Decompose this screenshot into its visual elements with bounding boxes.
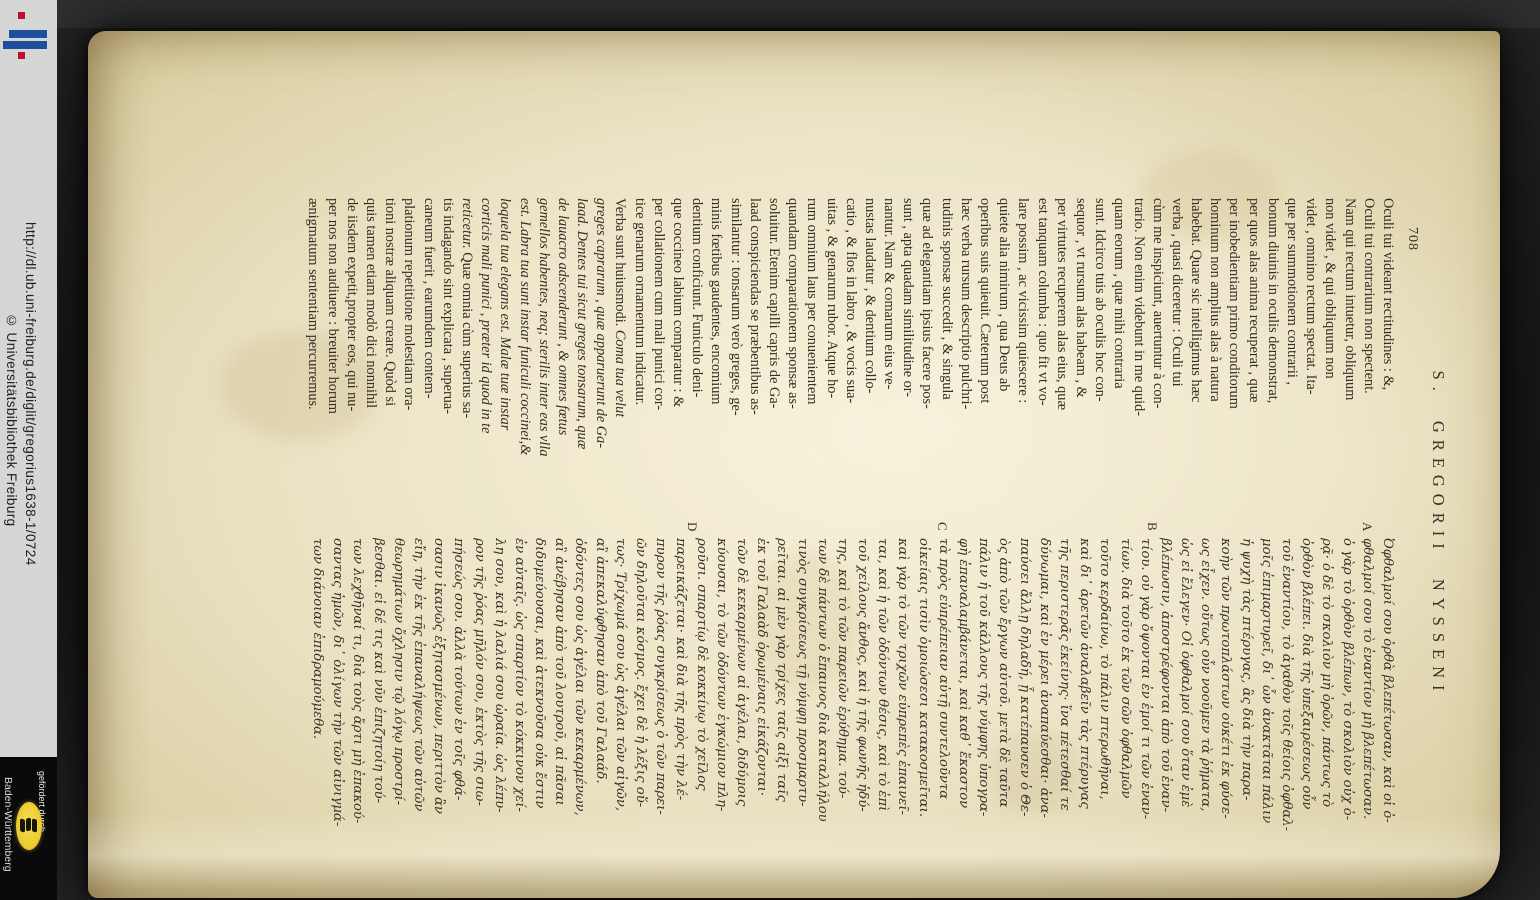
latin-line: Oculi tui videant rectitudines : &, (1378, 198, 1397, 520)
viewer-top-band (57, 0, 1540, 28)
lion-icon (32, 818, 37, 832)
greek-line: τῶν δὲ κεκαρμένων αἱ ἀγέλαι, διδύμοις (731, 538, 751, 870)
latin-line: nantur. Nam & comarum eius ve- (879, 198, 898, 520)
gutter-section-letters: ABCD (297, 520, 1397, 538)
source-url-text: http://dl.ub.uni-freiburg.de/diglit/greg… (23, 222, 38, 566)
latin-line: sunt. Idcirco tuis ab oculis hoc con- (1090, 198, 1109, 520)
latin-line: corticis mali punici , præter id quod in… (476, 198, 495, 520)
greek-line: βλέπωσιν, ἀποστρέφονται ἀπὸ τοῦ ἐναν- (1155, 538, 1175, 870)
latin-line: rum omnium laus per conuenientem (802, 198, 821, 520)
greek-line: ἐκ τοῦ Γαλαὰδ ὁρωμέναις εἰκάζονται· (751, 538, 771, 870)
greek-line: τως· Τρίχωμά σου ὡς ἀγέλαι τῶν αἰγῶν, (610, 538, 630, 870)
greek-line: τοῦ χείλους ἄνθος, καὶ ἡ τῆς φωνῆς ἡδύ- (852, 538, 872, 870)
latin-line: est tanquam columba : quo fit vt vo- (1032, 198, 1051, 520)
latin-line: quis tamen etiam modò dici nonnihil (361, 198, 380, 520)
greek-line: βεσθαι. εἰ δέ τις καὶ νῦν ἐπιζητοίη τού- (367, 538, 387, 870)
latin-line: quandam comparationem sponsæ as- (783, 198, 802, 520)
section-letter: A (1359, 522, 1375, 531)
greek-line: δύνωμαι, καὶ ἐν μέρει ἀναπαύεσθαι· ἀνα- (1034, 538, 1054, 870)
greek-line: ὀρθὸν βλέπει. διὰ τῆς ὑπεξαιρέσεως οὖν (1296, 538, 1316, 870)
scan-viewer: S. GREGORII NYSSENI 708 Oculi tui videan… (0, 0, 1540, 900)
latin-line: reticetur. Quæ omnia cùm superius sa- (457, 198, 476, 520)
latin-line: per collationem cum mali punici cor- (649, 198, 668, 520)
latin-line: per nos non audiuere : breuiter horum (323, 198, 342, 520)
greek-line: τίου. οὐ γὰρ ὄψονται ἐν ἐμοί τι τῶν ἐναν… (1135, 538, 1155, 870)
scan-page: S. GREGORII NYSSENI 708 Oculi tui videan… (88, 31, 1500, 898)
latin-line: laad conspiciendas se præbentibus as- (745, 198, 764, 520)
latin-line: non videt , & qui obliquum non (1320, 198, 1339, 520)
latin-line: videt , omnino rectum spectat. Ita- (1301, 198, 1320, 520)
latin-line: loquela tua elegans est. Malæ tuæ instar (495, 198, 514, 520)
greek-line: πυρον τῆς ῥόας συγκρίσεως ὁ τῶν παρει- (650, 538, 670, 870)
latin-line: laad. Dentes tui sicut greges tonsarum, … (572, 198, 591, 520)
greek-line: των διάνοιαν ἐπιδραμούμεθα. (307, 538, 327, 870)
latin-line: minis fœtibus gaudentes, encomium (706, 198, 725, 520)
latin-line: gemellos habentes, neq; sterilis inter e… (534, 198, 553, 520)
latin-line: per virtutes recuperem alas eius, quæ (1052, 198, 1071, 520)
latin-line: quiete alia nimirum , qua Deus ab (994, 198, 1013, 520)
latin-line: similantur : tonsarum verò greges, ge- (725, 198, 744, 520)
greek-line: κύουσαι, τὸ τῶν ὀδόντων ἐγκώμιον πλη- (711, 538, 731, 870)
latin-line: est. Labra tua sunt instar funiculi cocc… (514, 198, 533, 520)
latin-line: de iisdem expetit,propter eos, qui nu- (342, 198, 361, 520)
greek-line: διδυμεύουσαι, καὶ ἀτεκνοῦσα οὐκ ἔστιν (529, 538, 549, 870)
lion-icon (20, 818, 25, 832)
latin-line: hæc verba rursum descriptio pulchri- (956, 198, 975, 520)
greek-line: ρον τῆς ῥόας μῆλόν σου, ἐκτὸς τῆς σιω- (468, 538, 488, 870)
page-number: 708 (1404, 227, 1420, 251)
greek-line: αἳ ἀνέβησαν ἀπὸ τοῦ λουτροῦ, αἱ πᾶσαι (549, 538, 569, 870)
latin-line: tudinis sponsæ succedit , & singula (937, 198, 956, 520)
latin-line: habebat. Quare sic intelligimus hæc (1186, 198, 1205, 520)
latin-line: de lauacro adscenderunt , & omnes fœtus (553, 198, 572, 520)
greek-line: ἐν αὐταῖς. ὡς σπαρτίον τὸ κόκκινον χεί- (509, 538, 529, 870)
latin-line: sequor , vt rursum alas habeam , & (1071, 198, 1090, 520)
greek-line: πήσεώς σου. ἀλλὰ τούτων ἐν τοῖς φθά- (448, 538, 468, 870)
latin-line: catio , & flos in labro , & vocis sua- (841, 198, 860, 520)
latin-line: nustas laudatur , & dentium collo- (860, 198, 879, 520)
greek-line: αἳ ἀπεκαλύφθησαν ἀπὸ τοῦ Γαλαάδ. (590, 538, 610, 870)
section-letter: B (1144, 522, 1160, 531)
latin-line: Nam qui rectum intuetur, obliquum (1339, 198, 1358, 520)
greek-line: μοῖς ἐπιμαρτυρεῖ, δι᾽ ὧν ἀνακτᾶται πάλιν (1256, 538, 1276, 870)
baden-wuerttemberg-coat-of-arms-icon (16, 802, 42, 850)
latin-line: dentium conficiunt. Funiculo deni- (687, 198, 706, 520)
greek-line: ὸς ἀπὸ τῶν ἔργων αὐτοῦ. μετὰ δὲ ταῦτα (993, 538, 1013, 870)
funding-footer: gefördert durch Baden-Württemberg (0, 757, 57, 900)
greek-column: Ὀφθαλμοί σου ὀρθὰ βλεπέτωσαν, καὶ οἱ ὀ-φ… (297, 538, 1397, 870)
copyright-text: © Universitätsbibliothek Freiburg (4, 313, 19, 527)
greek-line: ἡ ψυχὴ τὰς πτέρυγας, ἃς διὰ τὴν παρα- (1236, 538, 1256, 870)
latin-line: Oculi tui contrarium non spectent. (1359, 198, 1378, 520)
latin-line: tice genarum ornamentum indicatur. (630, 198, 649, 520)
ub-freiburg-logo-icon (0, 0, 57, 62)
greek-line: ῶν δηλοῦται κόσμος. ἔχει δὲ ἡ λέξις οὕ- (630, 538, 650, 870)
latin-line: que per summotionem contrarii , (1282, 198, 1301, 520)
greek-line: τοῦ ἐναντίου, τὸ ἀγαθὸν τοῖς θείοις ὀφθα… (1276, 538, 1296, 870)
text-block: Oculi tui videant rectitudines : &,Oculi… (297, 198, 1397, 870)
greek-line: φὴ ἐπαναλαμβάνεται, καὶ καθ᾽ ἕκαστον (953, 538, 973, 870)
greek-line: ται, καὶ ἡ τῶν ὀδόντων θέσις, καὶ τὸ ἐπὶ (872, 538, 892, 870)
greek-line: θεωρημάτων ὄχλησιν τῷ λόγῳ προστρί- (388, 538, 408, 870)
greek-line: παρεικάζεται· καὶ διὰ τῆς πρὸς τὴν λέ- (670, 538, 690, 870)
greek-line: καὶ δι᾽ ἀρετῶν ἀναλαβεῖν τὰς πτέρυγας (1074, 538, 1094, 870)
latin-column: Oculi tui videant rectitudines : &,Oculi… (297, 198, 1397, 520)
greek-line: ὀδόντες σου ὡς ἀγέλαι τῶν κεκαρμένων, (569, 538, 589, 870)
frame-sidebar: http://dl.ub.uni-freiburg.de/diglit/greg… (0, 0, 57, 757)
section-letter: D (684, 522, 700, 531)
greek-line: τοῦτο κερδαίνω, τὸ πάλιν πτερωθῆναι, (1094, 538, 1114, 870)
greek-line: τίων. διὰ τοῦτο ἐκ τῶν σῶν ὀφθαλμῶν (1114, 538, 1134, 870)
greek-line: Ὀφθαλμοί σου ὀρθὰ βλεπέτωσαν, καὶ οἱ ὀ- (1377, 538, 1397, 870)
latin-line: operibus suis quieuit. Cæterum post (975, 198, 994, 520)
greek-line: εἴη, τὴν ἐκ τῆς ἐπαναλήψεως τῶν αὐτῶν (408, 538, 428, 870)
latin-line: tioni nostræ aliquam creare. Quòd si (380, 198, 399, 520)
latin-line: caneum fuerit , earumdem contem- (418, 198, 437, 520)
greek-line: ρεῖται. αἱ μὲν γὰρ τρίχες ταῖς αἰξὶ ταῖς (771, 538, 791, 870)
section-letter: C (934, 522, 950, 531)
greek-line: ὁ γὰρ τὸ ὀρθὸν βλέπων, τὸ σκολιὸν οὐχ ὁ- (1336, 538, 1356, 870)
latin-line: verba , quasi diceretur : Oculi tui (1167, 198, 1186, 520)
latin-line: uitas , & genarum rubor. Atque ho- (821, 198, 840, 520)
greek-line: κοὴν τῶν πρωτοπλάστων οὐκέτι ἐκ φύσε- (1215, 538, 1235, 870)
latin-line: bonum diuinis in oculis demonstrat, (1263, 198, 1282, 520)
latin-line: greges caprarum , quæ apparuerunt de Ga- (591, 198, 610, 520)
latin-line: Verba sunt huiusmodi. Coma tua velut (610, 198, 629, 520)
greek-line: ροῦσι. σπαρτίῳ δὲ κοκκίνῳ τὸ χεῖλος (690, 538, 710, 870)
greek-line: των λεχθῆναί τι, διὰ τοὺς ἄρτι μὴ ἐπακού… (347, 538, 367, 870)
latin-line: hominum non amplius alas à natura (1205, 198, 1224, 520)
greek-line: σασιν ἱκανῶς ἐξητασμένων, περιττὸν ἂν (428, 538, 448, 870)
latin-line: plationum repetitione molestiam ora- (399, 198, 418, 520)
latin-line: per inobedientiam primo conditorum (1224, 198, 1243, 520)
latin-line: sunt , apta quadam similitudine or- (898, 198, 917, 520)
greek-line: φθαλμοί σου τὸ ἐναντίον μὴ βλεπέτωσαν. (1357, 538, 1377, 870)
greek-line: τινὸς συγκρίσεως τῇ νύμφῃ προσμαρτυ- (791, 538, 811, 870)
greek-line: ως εἶχεν. οὕτως οὖν νοοῦμεν τὰ ῥήματα, (1195, 538, 1215, 870)
greek-line: τὰ πρὸς εὐπρέπειαν αὐτῇ συντελοῦντα (933, 538, 953, 870)
latin-line: que coccineo labium comparatur : & (668, 198, 687, 520)
lion-icon (26, 818, 31, 832)
greek-line: των δὲ πάντων ὁ ἔπαινος διὰ καταλλήλου (812, 538, 832, 870)
latin-line: lare possim , ac vicissim quiescere : (1013, 198, 1032, 520)
funding-region-label: Baden-Württemberg (2, 777, 14, 872)
greek-line: παύσει ἄλλῃ δηλαδή, ᾗ κατέπαυσεν ὁ Θε- (1013, 538, 1033, 870)
greek-line: σαντας ἡμῶν, δι᾽ ὀλίγων τὴν τῶν αἰνιγμά- (327, 538, 347, 870)
latin-line: tis indagando sint explicata , superua- (438, 198, 457, 520)
greek-line: ρᾷ· ὁ δὲ τὸ σκολιὸν μὴ ὁρῶν, πάντως τὸ (1316, 538, 1336, 870)
latin-line: quæ ad elegantiam ipsius facere pos- (917, 198, 936, 520)
greek-line: πάλιν ἡ τοῦ κάλλους τῆς νύμφης ὑπογρα- (973, 538, 993, 870)
greek-line: ὡς εἰ ἔλεγεν· Οἱ ὀφθαλμοί σου ὅταν ἐμὲ (1175, 538, 1195, 870)
latin-line: soluitur. Etenim capilli capris de Ga- (764, 198, 783, 520)
latin-line: quam eorum , quæ mihi contraria (1109, 198, 1128, 520)
latin-line: cùm me inspiciunt, auertuntur à con- (1148, 198, 1167, 520)
greek-line: της, καὶ τὸ τῶν παρειῶν ἐρύθημα. τού- (832, 538, 852, 870)
greek-line: τῆς περιστερᾶς ἐκείνης· ἵνα πέτεσθαί τε (1054, 538, 1074, 870)
latin-line: per quos alas anima recuperat , quæ (1244, 198, 1263, 520)
page-header: S. GREGORII NYSSENI (1428, 198, 1448, 870)
greek-line: λη σου, καὶ ἡ λαλιά σου ὡραία. ὡς λέπυ- (489, 538, 509, 870)
latin-line: trario. Non enim videbunt in me quid- (1128, 198, 1147, 520)
latin-line: ænigmatum sententiam percurremus. (303, 198, 322, 520)
greek-line: οἰκείαις τισὶν ὁμοιώσεσι κατακοσμεῖται. (913, 538, 933, 870)
greek-line: καὶ γὰρ τὸ τῶν τριχῶν εὐπρεπὲς ἐπαινεῖ- (892, 538, 912, 870)
